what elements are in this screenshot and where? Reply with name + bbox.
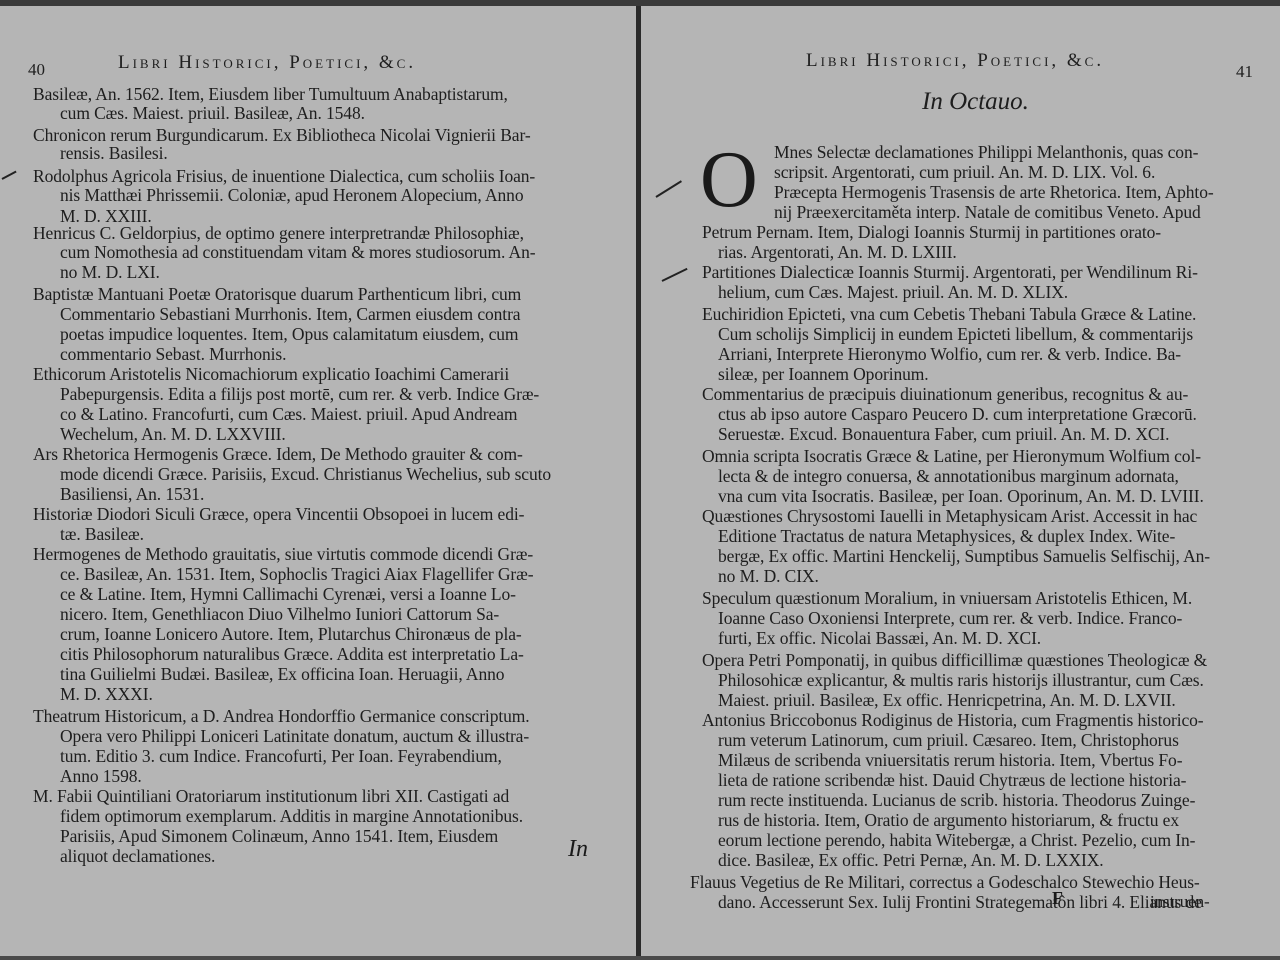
text-line: Quæstiones Chrysostomi Iauelli in Metaph… [702,506,1197,526]
bottom-edge [0,956,1280,960]
text-line: Wechelum, An. M. D. LXXVIII. [60,424,286,444]
text-line: Opera Petri Pomponatij, in quibus diffic… [702,650,1207,670]
text-line: Parisiis, Apud Simonem Colinæum, Anno 15… [60,826,498,846]
text-line: citis Philosophorum naturalibus Græce. A… [60,644,524,664]
text-line: nij Præexercitaměta interp. Natale de co… [774,202,1201,222]
text-line: tina Guilielmi Budæi. Basileæ, Ex offici… [60,664,504,684]
text-line: Anno 1598. [60,766,142,786]
text-line: Ioanne Caso Oxoniensi Interprete, cum re… [718,608,1182,628]
text-line: Editione Tractatus de natura Metaphysice… [718,526,1175,546]
text-line: Mnes Selectæ declamationes Philippi Mela… [774,142,1198,162]
right-page-number: 41 [1236,62,1253,82]
text-line: Basileæ, An. 1562. Item, Eiusdem liber T… [33,84,508,104]
text-line: Pabepurgensis. Edita a filijs post mortē… [60,384,539,404]
text-line: no M. D. LXI. [60,262,160,282]
text-line: Baptistæ Mantuani Poetæ Oratorisque duar… [33,284,521,304]
text-line: Commentario Sebastiani Murrhonis. Item, … [60,304,520,324]
text-line: Opera vero Philippi Loniceri Latinitate … [60,726,529,746]
text-line: lecta & de integro conuersa, & annotatio… [718,466,1179,486]
text-line: commentario Sebast. Murrhonis. [60,344,286,364]
text-line: cum Nomothesia ad constituendam vitam & … [60,242,535,262]
text-line: nicero. Item, Genethliacon Diuo Vilhelmo… [60,604,499,624]
text-line: tæ. Basileæ. [60,524,144,544]
text-line: Theatrum Historicum, a D. Andrea Hondorf… [33,706,530,726]
text-line: Ethicorum Aristotelis Nicomachiorum expl… [33,364,509,384]
text-line: Basiliensi, An. 1531. [60,484,204,504]
text-line: Historiæ Diodori Siculi Græce, opera Vin… [33,504,524,524]
text-line: co & Latino. Francofurti, cum Cæs. Maies… [60,404,517,424]
text-line: rensis. Basilesi. [60,143,168,163]
text-line: ce & Latine. Item, Hymni Callimachi Cyre… [60,584,516,604]
left-catchword: In [568,836,588,863]
text-line: Flauus Vegetius de Re Militari, correctu… [690,872,1200,892]
text-line: nis Matthæi Phrissemii. Coloniæ, apud He… [60,185,523,205]
text-line: bergæ, Ex offic. Martini Henckelij, Sump… [718,546,1210,566]
text-line: Commentarius de præcipuis diuinationum g… [702,384,1188,404]
text-line: Antonius Briccobonus Rodiginus de Histor… [702,710,1204,730]
text-line: Omnia scripta Isocratis Græce & Latine, … [702,446,1201,466]
text-line: Henricus C. Geldorpius, de optimo genere… [33,223,524,243]
text-line: Ars Rhetorica Hermogenis Græce. Idem, De… [33,444,523,464]
text-line: lieta de ratione scribendæ hist. Dauid C… [718,770,1186,790]
text-line: mode dicendi Græce. Parisiis, Excud. Chr… [60,464,551,484]
text-line: vna cum vita Isocratis. Basileæ, per Ioa… [718,486,1204,506]
text-line: rum veterum Latinorum, cum priuil. Cæsar… [718,730,1179,750]
text-line: tum. Editio 3. cum Indice. Francofurti, … [60,746,502,766]
signature-mark: F [1052,888,1063,909]
text-line: dice. Basileæ, Ex offic. Petri Pernæ, An… [718,850,1104,870]
left-running-head: Libri Historici, Poetici, &c. [118,52,416,74]
text-line: Præcepta Hermogenis Trasensis de arte Rh… [774,182,1214,202]
text-line: rum recte instituenda. Lucianus de scrib… [718,790,1195,810]
text-line: no M. D. CIX. [718,566,819,586]
text-line: Euchiridion Epicteti, vna cum Cebetis Th… [702,304,1196,324]
text-line: Cum scholijs Simplicij in eundem Epictet… [718,324,1193,344]
text-line: ce. Basileæ, An. 1531. Item, Sophoclis T… [60,564,533,584]
text-line: crum, Ioanne Lonicero Autore. Item, Plut… [60,624,522,644]
text-line: sileæ, per Ioannem Oporinum. [718,364,929,384]
text-line: dano. Accesserunt Sex. Iulij Frontini St… [718,892,1148,912]
text-line: Seruestæ. Excud. Bonauentura Faber, cum … [718,424,1169,444]
text-line: cum Cæs. Maiest. priuil. Basileæ, An. 15… [60,103,365,123]
text-line: rus de historia. Item, Oratio de argumen… [718,810,1179,830]
text-line: Maiest. priuil. Basileæ, Ex offic. Henri… [718,690,1176,710]
text-line: Rodolphus Agricola Frisius, de inuention… [33,166,535,186]
text-line: Petrum Pernam. Item, Dialogi Ioannis Stu… [702,222,1161,242]
right-running-head: Libri Historici, Poetici, &c. [806,50,1104,72]
text-line: ctus ab ipso autore Casparo Peucero D. c… [718,404,1197,424]
text-line: Speculum quæstionum Moralium, in vniuers… [702,588,1192,608]
section-title: In Octauo. [922,88,1029,116]
text-line: M. D. XXXI. [60,684,153,704]
text-line: fidem optimorum exemplarum. Additis in m… [60,806,523,826]
text-line: furti, Ex offic. Nicolai Bassæi, An. M. … [718,628,1041,648]
text-line: Chronicon rerum Burgundicarum. Ex Biblio… [33,125,531,145]
text-line: eorum lectione perendo, habita Witebergæ… [718,830,1195,850]
text-line: Partitiones Dialecticæ Ioannis Sturmij. … [702,262,1198,282]
text-line: Hermogenes de Methodo grauitatis, siue v… [33,544,533,564]
text-line: rias. Argentorati, An. M. D. LXIII. [718,242,957,262]
text-line: aliquot declamationes. [60,846,215,866]
text-line: Arriani, Interprete Hieronymo Wolfio, cu… [718,344,1181,364]
text-line: Philosohicæ explicantur, & multis raris … [718,670,1204,690]
drop-cap: O [700,140,758,220]
right-catchword: instruen- [1150,892,1210,912]
text-line: M. Fabii Quintiliani Oratoriarum institu… [33,786,509,806]
text-line: scripsit. Argentorati, cum priuil. An. M… [774,162,1155,182]
text-line: poetas impudice loquentes. Item, Opus ca… [60,324,518,344]
text-line: Milæus de scribenda vniuersitatis rerum … [718,750,1182,770]
text-line: helium, cum Cæs. Majest. priuil. An. M. … [718,282,1068,302]
left-page-number: 40 [28,60,45,80]
